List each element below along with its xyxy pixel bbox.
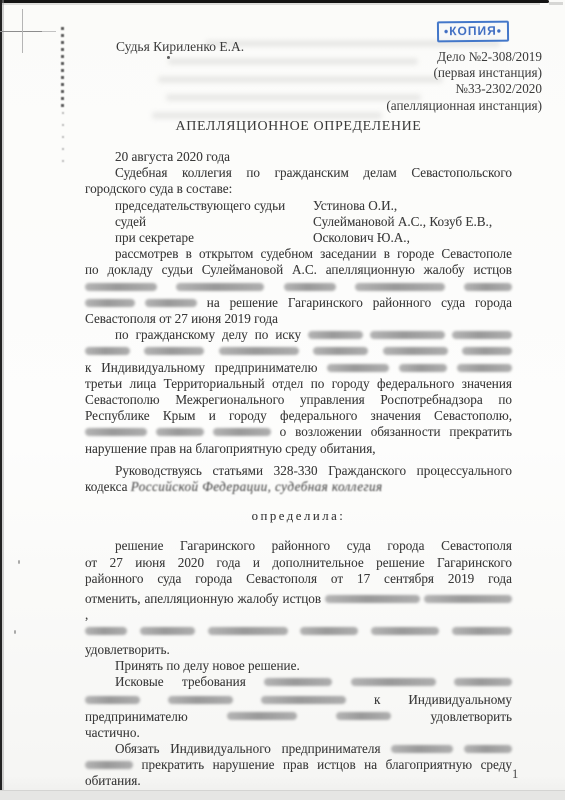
resolution-line-12-text: прекратить нарушение прав истцов на благ…	[141, 757, 512, 772]
redaction-blob	[284, 283, 336, 291]
panel-intro-line-1: Судебная коллегия по гражданским делам С…	[85, 165, 512, 181]
preamble-line-2: по докладу судьи Сулеймановой А.С. апелл…	[85, 262, 512, 278]
redaction-blob	[144, 347, 204, 355]
staple-smudge-mark	[61, 27, 64, 109]
redaction-blob	[300, 627, 358, 635]
determined-heading: определила:	[85, 508, 512, 524]
bleed-through-line	[152, 112, 382, 119]
judges-names: Сулеймановой А.С., Козуб Е.В.,	[313, 214, 492, 229]
resolution-line-11: Обязать Индивидуального предпринимателя	[85, 741, 512, 757]
redaction-blob	[85, 696, 140, 704]
preamble-line-8: Севастополю Межрегионального управления …	[85, 392, 512, 408]
redaction-blob	[85, 283, 157, 291]
redaction-blob	[452, 627, 512, 635]
resolution-line-10: частично.	[85, 725, 512, 741]
redaction-blob	[457, 364, 512, 372]
panel-intro-line-2: городского суда в составе:	[85, 181, 512, 197]
redaction-blob	[464, 745, 512, 753]
preamble-line-9: Республике Крым и городу федерального зн…	[85, 408, 512, 424]
resolution-line-11-text: Обязать Индивидуального предпринимателя	[115, 741, 381, 756]
judges-label: судей	[115, 214, 313, 230]
redaction-blob	[85, 428, 147, 436]
ruling-basis-line-2: кодекса Российской Федерации, судебная к…	[85, 479, 512, 495]
resolution-line-12: прекратить нарушение прав истцов на благ…	[85, 757, 512, 773]
preamble-line-10: о возложении обязанности прекратить	[85, 424, 512, 440]
preamble-line-3: на решение Гагаринского районного суда г…	[85, 295, 512, 311]
margin-speck	[18, 560, 20, 564]
redaction-blob	[213, 428, 271, 436]
resolution-line-5: удовлетворить.	[85, 642, 512, 658]
resolution-line-9: предпринимателю удовлетворить	[85, 709, 512, 725]
registration-cross-horizontal-faint	[42, 31, 56, 32]
secretary-line: при секретареОсколович Ю.А.,	[85, 230, 512, 246]
redacted-appellants-line	[85, 623, 512, 639]
ruling-basis-line-1: Руководствуясь статьями 328-330 Гражданс…	[85, 463, 512, 479]
redaction-blob	[464, 283, 512, 291]
resolution-line-9-text-1: предпринимателю	[85, 709, 188, 724]
preamble-line-7: третьи лица Территориальный отдел по гор…	[85, 376, 512, 392]
redaction-blob	[168, 696, 233, 704]
redaction-blob	[261, 696, 346, 704]
resolution-line-1: решение Гагаринского районного суда горо…	[85, 538, 512, 554]
judge-name-line: Судья Кириленко Е.А.	[116, 39, 244, 55]
redaction-blob	[85, 761, 133, 769]
copy-stamp: •КОПИЯ•	[437, 21, 509, 43]
document-body: 20 августа 2020 года Судебная коллегия п…	[85, 149, 512, 790]
preamble-line-11: нарушение прав на благоприятную среду об…	[85, 441, 512, 457]
resolution-line-4-text: отменить, апелляционную жалобу истцов	[85, 591, 321, 606]
registration-cross-horizontal	[0, 31, 42, 32]
scan-bottom-edge-artifact	[0, 790, 565, 800]
resolution-line-6: Принять по делу новое решение.	[85, 658, 512, 674]
resolution-line-3: районного суда города Севастополя от 17 …	[85, 571, 512, 587]
redacted-plaintiffs-line	[85, 279, 512, 295]
redaction-blob	[336, 712, 391, 720]
redaction-blob	[399, 364, 447, 372]
resolution-line-4: отменить, апелляционную жалобу истцов ,	[85, 591, 512, 623]
redaction-blob	[370, 331, 445, 339]
resolution-line-7: Исковые требования	[85, 674, 512, 690]
redaction-blob	[85, 299, 135, 307]
secretary-name: Осколович Ю.А.,	[313, 230, 410, 245]
preamble-line-5: по гражданскому делу по иску	[85, 327, 512, 343]
preamble-line-3-text: на решение Гагаринского районного суда г…	[207, 295, 512, 310]
date-line: 20 августа 2020 года	[85, 149, 512, 165]
redaction-blob	[371, 627, 439, 635]
preamble-line-10-text: о возложении обязанности прекратить	[280, 424, 512, 439]
presiding-judge-line: председательствующего судьиУстинова О.И.…	[85, 198, 512, 214]
preamble-line-5-text: по гражданскому делу по иску	[115, 327, 301, 342]
case-number-first-instance: Дело №2-308/2019	[386, 49, 542, 65]
resolution-line-9-text-2: удовлетворить	[431, 709, 512, 724]
redaction-blob	[313, 347, 368, 355]
redaction-blob	[176, 283, 264, 291]
resolution-line-13: обитания.	[85, 773, 512, 789]
redaction-blob	[140, 627, 195, 635]
redacted-parties-line	[85, 343, 512, 359]
redaction-blob	[227, 712, 297, 720]
scanned-court-document-page: Судья Кириленко Е.А. •КОПИЯ• Дело №2-308…	[0, 0, 565, 800]
redaction-blob	[219, 347, 299, 355]
redaction-blob	[308, 331, 363, 339]
preamble-line-4: Севастополя от 27 июня 2019 года	[85, 311, 512, 327]
redaction-blob	[327, 364, 389, 372]
preamble-line-1: рассмотрев в открытом судебном заседании…	[85, 246, 512, 262]
redaction-blob	[462, 347, 512, 355]
appeal-instance-label: (апелляционная инстанция)	[386, 98, 542, 114]
bleed-through-line	[168, 58, 418, 65]
presiding-label: председательствующего судьи	[115, 198, 313, 214]
first-instance-label: (первая инстанция)	[386, 65, 542, 81]
redaction-blob	[424, 595, 512, 603]
scan-top-right-mark	[549, 2, 563, 5]
resolution-line-4-comma: ,	[85, 607, 88, 622]
resolution-line-8: к Индивидуальному	[85, 692, 512, 708]
staple-smudge-tail	[62, 112, 64, 172]
redaction-blob	[325, 595, 420, 603]
registration-cross-vertical	[22, 9, 23, 53]
preamble-line-6-text: к Индивидуальному предпринимателю	[85, 360, 317, 375]
bleed-through-line	[166, 94, 421, 101]
scan-top-edge-shadow	[0, 3, 540, 5]
page-number: 1	[512, 767, 518, 782]
case-number-appeal: №33-2302/2020	[386, 81, 542, 97]
redaction-blob	[264, 678, 332, 686]
preamble-line-6: к Индивидуальному предпринимателю	[85, 360, 512, 376]
ruling-basis-normal: кодекса	[85, 479, 131, 494]
judges-line: судейСулеймановой А.С., Козуб Е.В.,	[85, 214, 512, 230]
redaction-blob	[145, 299, 197, 307]
document-title: АПЕЛЛЯЦИОННОЕ ОПРЕДЕЛЕНИЕ	[85, 119, 512, 135]
redaction-blob	[85, 627, 127, 635]
margin-speck	[14, 630, 16, 634]
redaction-blob	[351, 678, 436, 686]
resolution-line-8-text: к Индивидуальному	[374, 692, 512, 707]
resolution-line-2: от 27 июня 2020 года и дополнительное ре…	[85, 555, 512, 571]
presiding-name: Устинова О.И.,	[313, 198, 397, 213]
redaction-blob	[383, 347, 448, 355]
redaction-blob	[454, 678, 512, 686]
scan-left-edge-shadow	[2, 0, 4, 792]
resolution-line-7-text: Исковые требования	[115, 674, 246, 689]
redaction-blob	[208, 627, 288, 635]
ruling-basis-smudged: Российской Федерации, судебная коллегия	[131, 479, 383, 494]
redaction-blob	[156, 428, 204, 436]
redaction-blob	[391, 745, 453, 753]
redaction-blob	[85, 347, 130, 355]
redaction-blob	[452, 331, 512, 339]
redaction-blob	[355, 283, 445, 291]
case-number-block: Дело №2-308/2019 (первая инстанция) №33-…	[386, 49, 542, 114]
secretary-label: при секретаре	[115, 230, 313, 246]
